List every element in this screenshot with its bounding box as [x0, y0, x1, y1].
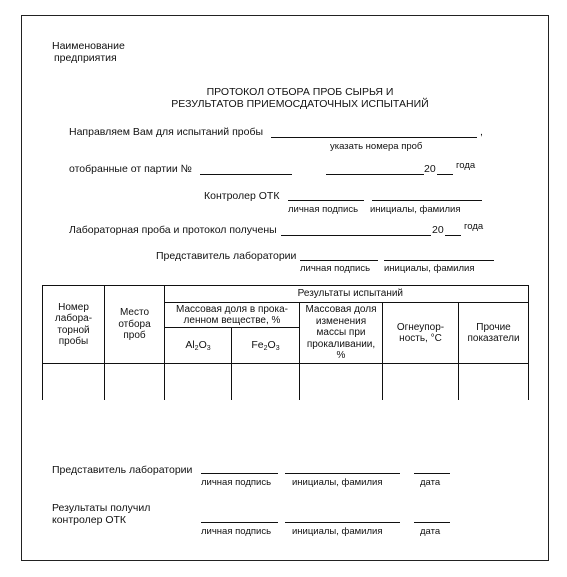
footer-controller-initials-field[interactable]: [285, 522, 400, 523]
lab-rep-signature-hint-upper: личная подпись: [300, 263, 370, 275]
batch-date-field[interactable]: [326, 174, 424, 175]
year-field[interactable]: [437, 174, 453, 175]
controller-initials-field[interactable]: [372, 200, 482, 201]
footer-lab-rep-signature-hint: личная подпись: [201, 477, 271, 489]
batch-label: отобранные от партии №: [69, 163, 192, 175]
results-received-line2: контролер ОТК: [52, 514, 150, 526]
org-name-line2: предприятия: [52, 52, 125, 64]
footer-controller-signature-hint: личная подпись: [201, 526, 271, 538]
other-indicators-header: Прочие показатели: [459, 303, 529, 364]
formula-part: O: [199, 339, 207, 351]
sample-numbers-hint: указать номера проб: [330, 141, 422, 153]
cell-refractoriness[interactable]: [383, 364, 459, 401]
org-name-label: Наименование предприятия: [52, 40, 125, 64]
mass-change-line: %: [301, 350, 381, 362]
lab-rep-initials-hint-upper: инициалы, фамилия: [384, 263, 474, 275]
org-name-line1: Наименование: [52, 40, 125, 52]
title-line2: РЕЗУЛЬТАТОВ ПРИЕМОСДАТОЧНЫХ ИСПЫТАНИЙ: [140, 98, 460, 110]
fe2o3-header: Fe2O3: [232, 328, 300, 364]
refractoriness-line: ность, °С: [384, 333, 457, 345]
formula-subscript: 3: [207, 345, 211, 352]
mass-change-line: Массовая доля: [301, 304, 381, 316]
received-date-field[interactable]: [281, 235, 431, 236]
controller-label: Контролер ОТК: [204, 190, 279, 202]
col-place-header: Место отбора проб: [105, 286, 165, 364]
lab-rep-initials-field-upper[interactable]: [384, 260, 494, 261]
footer-lab-rep-date-field[interactable]: [414, 473, 450, 474]
mass-fraction-calcined-header: Массовая доля в прока- ленном веществе, …: [165, 303, 300, 328]
results-header: Результаты испытаний: [165, 286, 529, 303]
col-lab-number-line: лабора-: [44, 313, 103, 325]
batch-number-field[interactable]: [200, 174, 292, 175]
controller-signature-hint: личная подпись: [288, 204, 358, 216]
footer-lab-rep-signature-field[interactable]: [201, 473, 278, 474]
col-lab-number-line: торной: [44, 325, 103, 337]
title-line1: ПРОТОКОЛ ОТБОРА ПРОБ СЫРЬЯ И: [140, 86, 460, 98]
mass-fraction-line: ленном веществе, %: [166, 315, 298, 327]
other-line: показатели: [460, 333, 527, 345]
col-place-line: проб: [106, 330, 163, 342]
results-received-label: Результаты получил контролер ОТК: [52, 502, 150, 526]
footer-lab-rep-date-hint: дата: [420, 477, 440, 489]
col-place-line: Место: [106, 307, 163, 319]
lab-rep-signature-field-upper[interactable]: [300, 260, 378, 261]
footer-controller-date-field[interactable]: [414, 522, 450, 523]
year-prefix: 20: [424, 163, 436, 175]
cell-place[interactable]: [105, 364, 165, 401]
footer-lab-rep-label: Представитель лаборатории: [52, 464, 192, 476]
other-line: Прочие: [460, 322, 527, 334]
year-suffix: года: [456, 160, 475, 172]
received-label: Лабораторная проба и протокол получены: [69, 224, 277, 236]
footer-lab-rep-initials-hint: инициалы, фамилия: [292, 477, 382, 489]
footer-lab-rep-initials-field[interactable]: [285, 473, 400, 474]
al2o3-header: Al2O3: [165, 328, 232, 364]
mass-change-line: изменения: [301, 316, 381, 328]
received-year-suffix: года: [464, 221, 483, 233]
mass-change-line: массы при: [301, 327, 381, 339]
formula-part: Al: [185, 339, 194, 351]
col-lab-number-header: Номер лабора- торной пробы: [43, 286, 105, 364]
cell-mass-change[interactable]: [300, 364, 383, 401]
controller-initials-hint: инициалы, фамилия: [370, 204, 460, 216]
cell-al2o3[interactable]: [165, 364, 232, 401]
cell-lab-number[interactable]: [43, 364, 105, 401]
footer-controller-initials-hint: инициалы, фамилия: [292, 526, 382, 538]
received-year-field[interactable]: [445, 235, 461, 236]
refractoriness-header: Огнеупор- ность, °С: [383, 303, 459, 364]
table-row: [43, 364, 529, 401]
footer-controller-signature-field[interactable]: [201, 522, 278, 523]
mass-change-line: прокаливании,: [301, 339, 381, 351]
page-title: ПРОТОКОЛ ОТБОРА ПРОБ СЫРЬЯ И РЕЗУЛЬТАТОВ…: [140, 86, 460, 110]
cell-fe2o3[interactable]: [232, 364, 300, 401]
formula-subscript: 3: [276, 345, 280, 352]
sample-numbers-field[interactable]: [271, 137, 477, 138]
col-lab-number-line: Номер: [44, 302, 103, 314]
mass-change-header: Массовая доля изменения массы при прокал…: [300, 303, 383, 364]
lab-rep-label-upper: Представитель лаборатории: [156, 250, 296, 262]
formula-part: O: [268, 339, 276, 351]
comma: ,: [480, 126, 483, 138]
col-lab-number-line: пробы: [44, 336, 103, 348]
footer-controller-date-hint: дата: [420, 526, 440, 538]
results-table: Номер лабора- торной пробы Место отбора …: [42, 285, 529, 400]
mass-fraction-line: Массовая доля в прока-: [166, 304, 298, 316]
send-samples-label: Направляем Вам для испытаний пробы: [69, 126, 263, 138]
refractoriness-line: Огнеупор-: [384, 322, 457, 334]
formula-part: Fe: [251, 339, 263, 351]
cell-other[interactable]: [459, 364, 529, 401]
controller-signature-field[interactable]: [288, 200, 364, 201]
results-received-line1: Результаты получил: [52, 502, 150, 514]
col-place-line: отбора: [106, 319, 163, 331]
received-year-prefix: 20: [432, 224, 444, 236]
